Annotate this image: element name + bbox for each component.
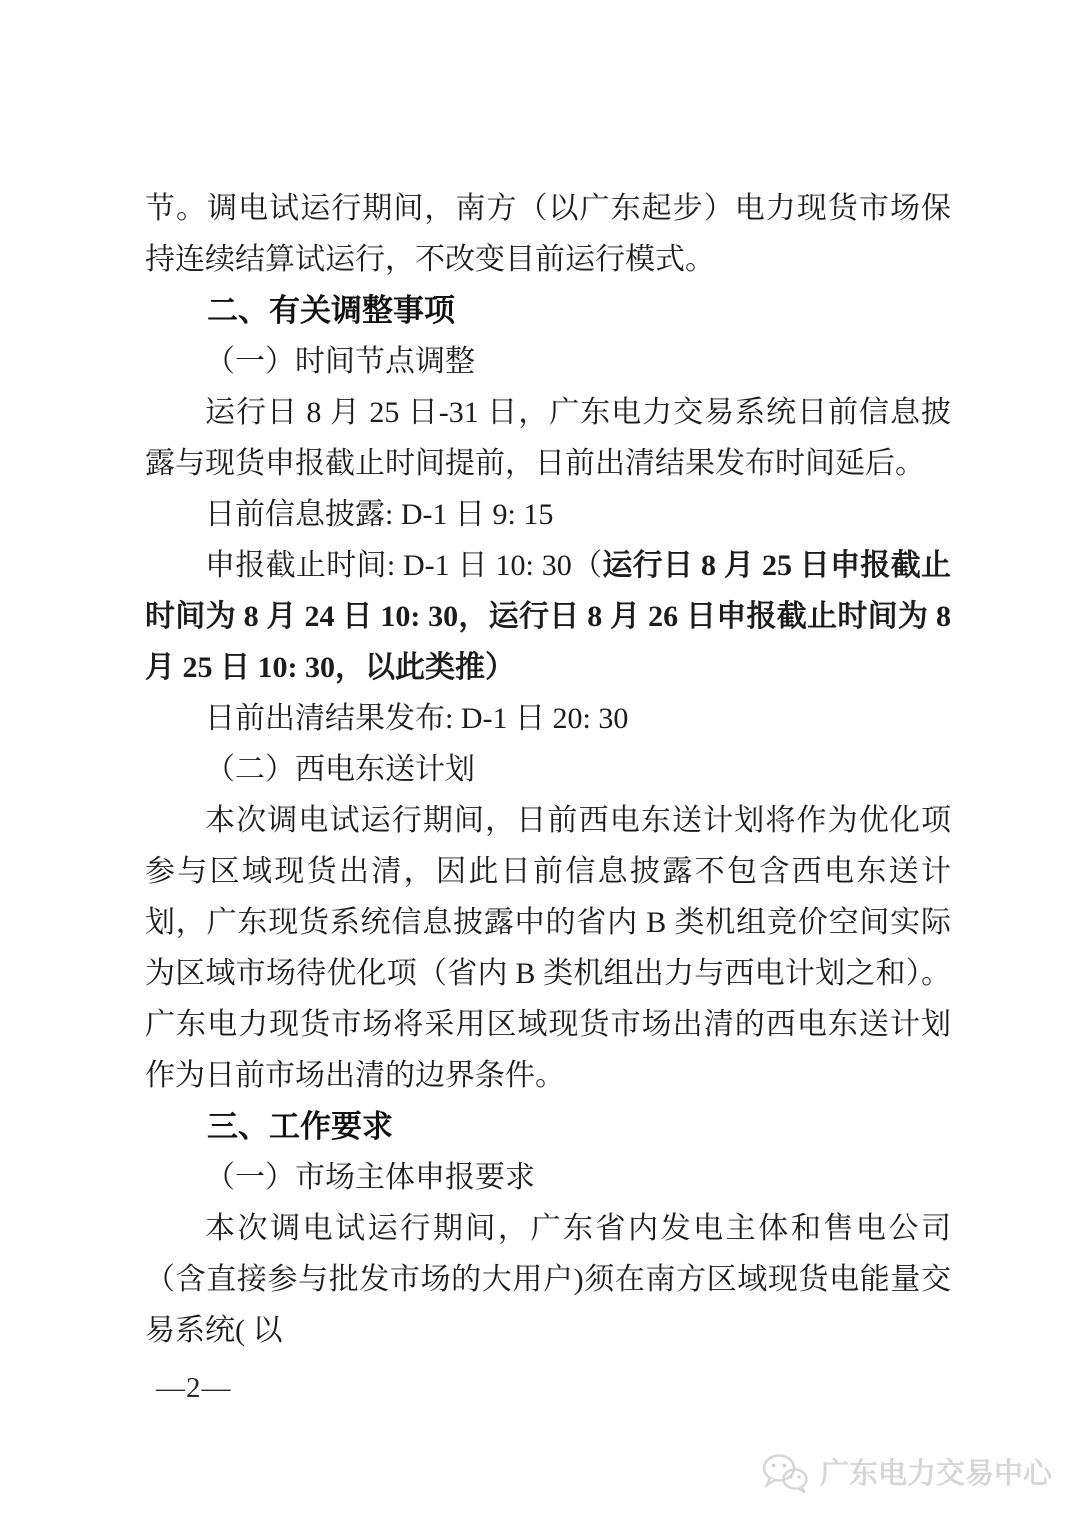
section3-sub1-heading: （一）市场主体申报要求 [145,1152,951,1203]
paragraph-market-requirements: 本次调电试运行期间，广东省内发电主体和售电公司（含直接参与批发市场的大用户)须在… [145,1203,951,1356]
line-deadline-prefix: 申报截止时间: D-1 日 10: 30（ [205,549,602,582]
publisher-watermark: 广东电力交易中心 [760,1450,1052,1498]
section2-sub2-heading: （二）西电东送计划 [145,744,951,795]
paragraph-schedule: 运行日 8 月 25 日-31 日，广东电力交易系统日前信息披露与现货申报截止时… [145,387,951,489]
page-number: —2— [156,1370,232,1406]
document-body: 节。调电试运行期间，南方（以广东起步）电力现货市场保持连续结算试运行，不改变目前… [145,183,951,1356]
section2-heading: 二、有关调整事项 [145,285,951,336]
line-disclosure-time: 日前信息披露: D-1 日 9: 15 [145,489,951,540]
wechat-icon [760,1452,810,1496]
line-deadline-time: 申报截止时间: D-1 日 10: 30（运行日 8 月 25 日申报截止时间为… [145,540,951,693]
watermark-label: 广东电力交易中心 [820,1450,1052,1498]
section2-sub1-heading: （一）时间节点调整 [145,336,951,387]
section3-heading: 三、工作要求 [145,1101,951,1152]
paragraph-intro-continuation: 节。调电试运行期间，南方（以广东起步）电力现货市场保持连续结算试运行，不改变目前… [145,183,951,285]
line-clearing-result: 日前出清结果发布: D-1 日 20: 30 [145,693,951,744]
paragraph-west-east-plan: 本次调电试运行期间，日前西电东送计划将作为优化项参与区域现货出清，因此日前信息披… [145,795,951,1101]
document-page: 节。调电试运行期间，南方（以广东起步）电力现货市场保持连续结算试运行，不改变目前… [0,0,1080,1527]
